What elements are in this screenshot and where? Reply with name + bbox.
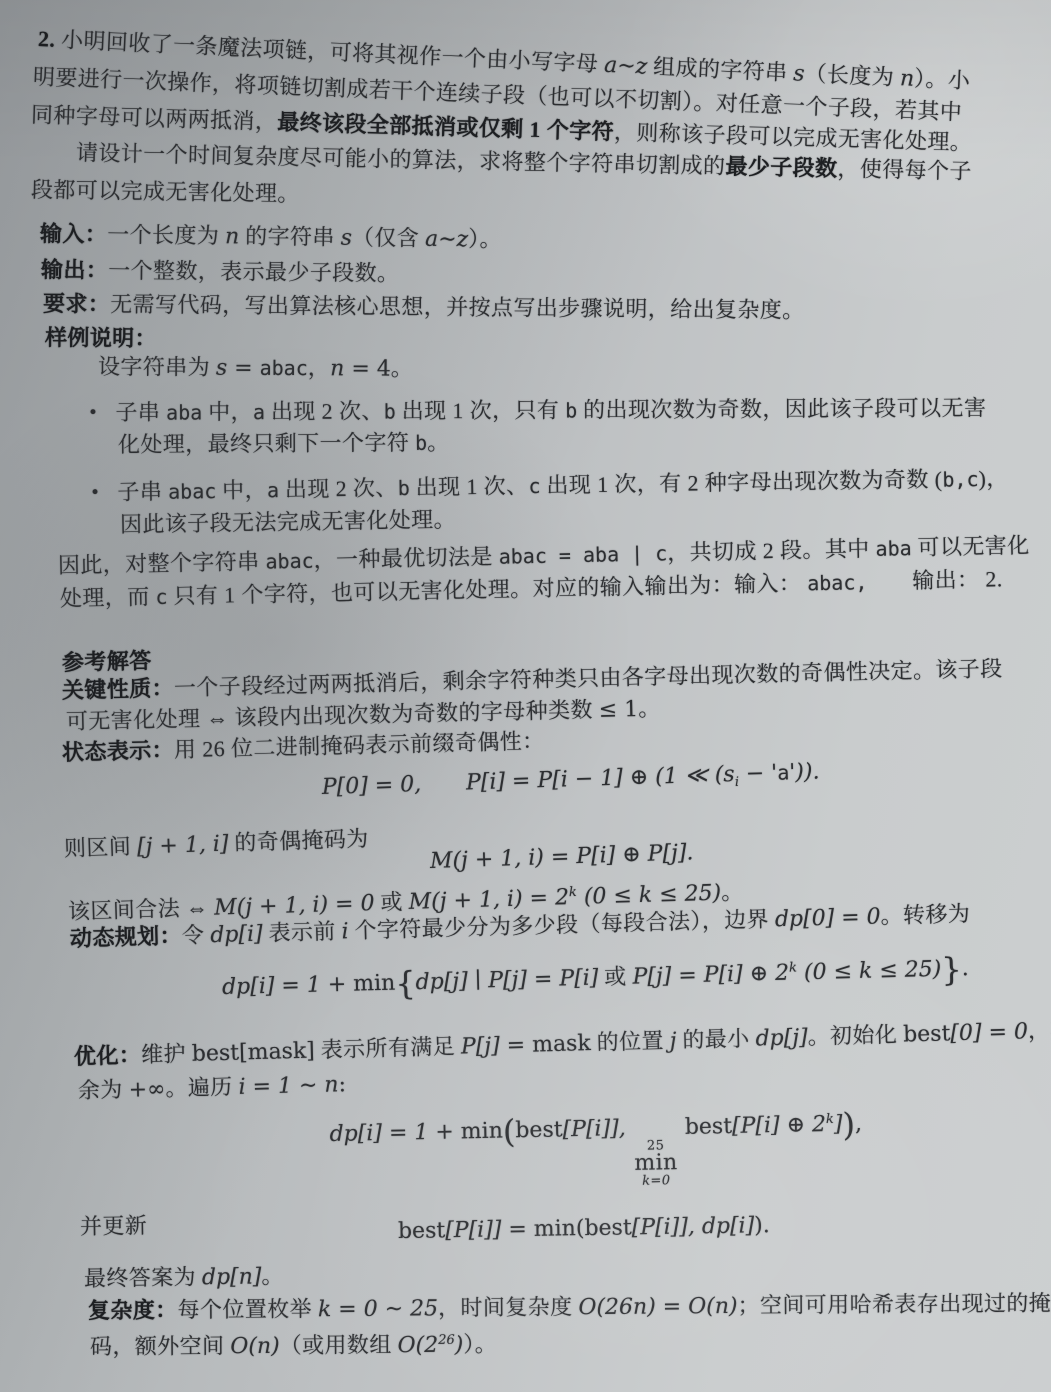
optimization-line-1: 优化：维护 best[mask] 表示所有满足 P[j] = mask 的位置 … — [74, 1015, 1051, 1073]
sample-heading: 样例说明： — [45, 323, 157, 354]
photographed-document-page: 2. 小明回收了一条魔法项链，可将其视作一个由小写字母 a∼z 组成的字符串 s… — [0, 0, 1051, 1392]
update-label: 并更新 — [80, 1211, 148, 1242]
dp-transition-formula: dp[i] = 1 + min{dp[j] ∣ P[j] = P[i] 或 P[… — [222, 949, 969, 1003]
best-mask-formula: dp[i] = 1 + min(best[P[i]], 25mink=0 bes… — [329, 1104, 863, 1194]
prefix-parity-formula: P[0] = 0, P[i] = P[i − 1] ⊕ (1 ≪ (si − '… — [321, 756, 820, 811]
interval-mask-formula: M(j + 1, i) = P[i] ⊕ P[j]. — [429, 837, 693, 877]
complexity-line-2: 码，额外空间 O(n)（或用数组 O(226)）。 — [90, 1326, 497, 1363]
bullet-abac-line-1: •子串 abac 中，a 出现 2 次、b 出现 1 次、c 出现 1 次，有 … — [90, 464, 1009, 508]
bullet-aba-line-1: •子串 aba 中，a 出现 2 次、b 出现 1 次，只有 b 的出现次数为奇… — [88, 393, 986, 428]
final-answer-line: 最终答案为 dp[n]。 — [84, 1261, 284, 1295]
requirement-line: 要求：无需写代码，写出算法核心思想，并按点写出步骤说明，给出复杂度。 — [43, 289, 805, 326]
best-update-formula: best[P[i]] = min(best[P[i]], dp[i]). — [398, 1210, 770, 1247]
complexity-line-1: 复杂度：每个位置枚举 k = 0 ∼ 25，时间复杂度 O(26n) = O(n… — [88, 1288, 1051, 1327]
interval-mask-text: 则区间 [j + 1, i] 的奇偶掩码为 — [63, 824, 369, 865]
bullet-aba-line-2: 化处理，最终只剩下一个字符 b。 — [118, 428, 450, 460]
sample-setup-line: 设字符串为 s = abac，n = 4。 — [98, 352, 413, 385]
input-spec-line: 输入：一个长度为 n 的字符串 s（仅含 a∼z）。 — [40, 219, 502, 256]
bullet-abac-line-2: 因此该子段无法完成无害化处理。 — [120, 505, 456, 540]
output-spec-line: 输出：一个整数，表示最少子段数。 — [41, 255, 400, 289]
optimization-line-2: 余为 +∞。遍历 i = 1 ∼ n: — [78, 1069, 347, 1107]
problem-statement-line-5: 段都可以完成无害化处理。 — [31, 175, 300, 209]
